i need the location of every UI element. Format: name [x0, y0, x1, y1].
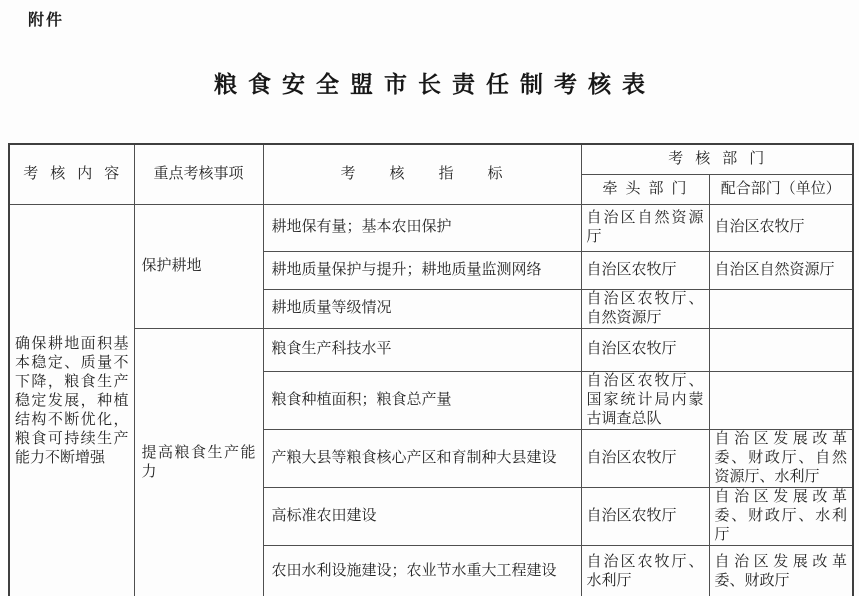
col-header-content: 考核内容	[9, 144, 134, 204]
support-dept-cell	[709, 371, 853, 429]
attachment-label: 附件	[28, 7, 64, 30]
group-label-improve-grain-capacity: 提高粮食生产能力	[134, 328, 263, 596]
support-dept-cell: 自治区发展改革委、财政厅、水利厅	[709, 487, 853, 545]
assessment-content-cell: 确保耕地面积基本稳定、质量不下降，粮食生产稳定发展，种植结构不断优化，粮食可持续…	[9, 204, 134, 596]
page-title: 粮食安全盟市长责任制考核表	[0, 66, 859, 99]
lead-dept-cell: 自治区农牧厅、水利厅	[581, 545, 709, 596]
group-label-protect-farmland: 保护耕地	[134, 204, 263, 328]
support-dept-cell	[709, 328, 853, 371]
header-row-1: 考核内容 重点考核事项 考核指标 考核部门	[9, 144, 853, 174]
support-dept-cell: 自治区发展改革委、财政厅、自然资源厅、水利厅	[709, 429, 853, 487]
indicator-cell: 高标准农田建设	[263, 487, 581, 545]
indicator-cell: 耕地保有量；基本农田保护	[263, 204, 581, 251]
lead-dept-cell: 自治区农牧厅	[581, 429, 709, 487]
support-dept-cell: 自治区自然资源厅	[709, 251, 853, 289]
table-row: 确保耕地面积基本稳定、质量不下降，粮食生产稳定发展，种植结构不断优化，粮食可持续…	[9, 204, 853, 251]
indicator-cell: 耕地质量等级情况	[263, 289, 581, 328]
support-dept-cell: 自治区农牧厅	[709, 204, 853, 251]
lead-dept-cell: 自治区农牧厅	[581, 251, 709, 289]
lead-dept-cell: 自治区农牧厅、自然资源厅	[581, 289, 709, 328]
lead-dept-cell: 自治区自然资源厅	[581, 204, 709, 251]
support-dept-cell	[709, 289, 853, 328]
indicator-cell: 农田水利设施建设；农业节水重大工程建设	[263, 545, 581, 596]
indicator-cell: 粮食生产科技水平	[263, 328, 581, 371]
col-header-lead-dept: 牵头部门	[581, 174, 709, 204]
col-header-key-items: 重点考核事项	[134, 144, 263, 204]
col-header-indicators: 考核指标	[263, 144, 581, 204]
col-header-support-dept: 配合部门（单位）	[709, 174, 853, 204]
table-row: 提高粮食生产能力 粮食生产科技水平 自治区农牧厅	[9, 328, 853, 371]
lead-dept-cell: 自治区农牧厅、国家统计局内蒙古调查总队	[581, 371, 709, 429]
indicator-cell: 耕地质量保护与提升；耕地质量监测网络	[263, 251, 581, 289]
document-page: 附件 粮食安全盟市长责任制考核表 考核内容 重点考核事项 考核指标 考核部门 牵…	[0, 0, 859, 596]
lead-dept-cell: 自治区农牧厅	[581, 328, 709, 371]
lead-dept-cell: 自治区农牧厅	[581, 487, 709, 545]
support-dept-cell: 自治区发展改革委、财政厅	[709, 545, 853, 596]
assessment-table: 考核内容 重点考核事项 考核指标 考核部门 牵头部门 配合部门（单位） 确保耕地…	[8, 143, 854, 596]
indicator-cell: 产粮大县等粮食核心产区和育制种大县建设	[263, 429, 581, 487]
indicator-cell: 粮食种植面积；粮食总产量	[263, 371, 581, 429]
col-header-departments: 考核部门	[581, 144, 853, 174]
